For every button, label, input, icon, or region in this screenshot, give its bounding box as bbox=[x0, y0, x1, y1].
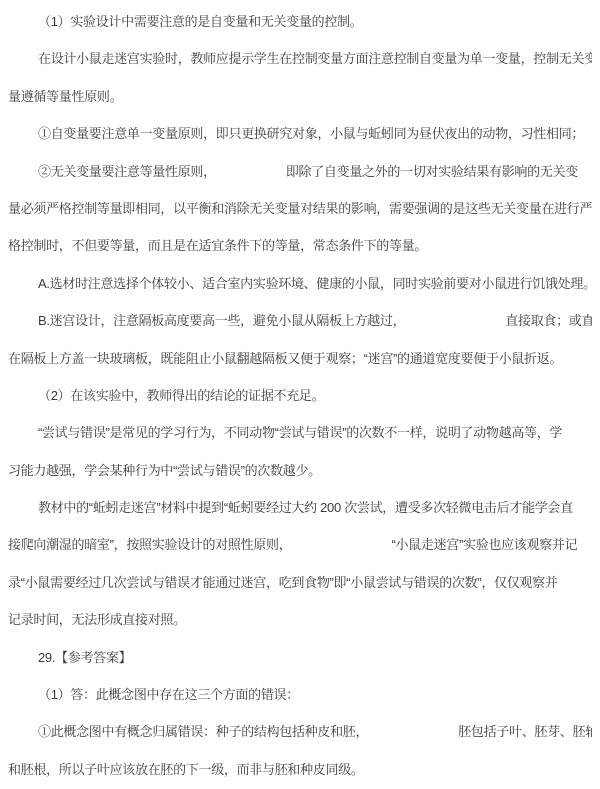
text-line: 29.【参考答案】 bbox=[8, 639, 592, 676]
text-line: “尝试与错误”是常见的学习行为，不同动物“尝试与错误”的次数不一样，说明了动物越… bbox=[8, 414, 592, 451]
text-line: ①此概念图中有概念归属错误：种子的结构包括种皮和胚，胚包括子叶、胚芽、胚轴 bbox=[8, 713, 592, 750]
text-line: B.迷宫设计，注意隔板高度要高一些，避免小鼠从隔板上方越过，直接取食；或直接 bbox=[8, 302, 592, 339]
blank-gap bbox=[368, 735, 458, 736]
text-segment: 记录时间，无法形成直接对照。 bbox=[8, 612, 186, 627]
document-page: （1）实验设计中需要注意的是自变量和无关变量的控制。在设计小鼠走迷宫实验时，教师… bbox=[0, 0, 600, 789]
text-line: 在设计小鼠走迷宫实验时，教师应提示学生在控制变量方面注意控制自变量为单一变量，控… bbox=[8, 40, 592, 77]
text-segment: （1）实验设计中需要注意的是自变量和无关变量的控制。 bbox=[38, 14, 362, 29]
text-segment: ①此概念图中有概念归属错误：种子的结构包括种皮和胚， bbox=[38, 724, 368, 739]
text-segment: 量必须严格控制等量即相同，以平衡和消除无关变量对结果的影响，需要强调的是这些无关… bbox=[8, 201, 592, 216]
text-segment: “小鼠走迷宫”实验也应该观察并记 bbox=[391, 537, 577, 552]
blank-gap bbox=[291, 548, 391, 549]
text-line: 接爬向潮湿的暗室”，按照实验设计的对照性原则，“小鼠走迷宫”实验也应该观察并记 bbox=[8, 526, 592, 563]
text-line: （2）在该实验中，教师得出的结论的证据不充足。 bbox=[8, 377, 592, 414]
text-segment: 即除了自变量之外的一切对实验结果有影响的无关变 bbox=[286, 164, 578, 179]
text-segment: 胚包括子叶、胚芽、胚轴 bbox=[458, 724, 592, 739]
text-line: 量必须严格控制等量即相同，以平衡和消除无关变量对结果的影响，需要强调的是这些无关… bbox=[8, 190, 592, 227]
text-line: （1）答：此概念图中存在这三个方面的错误： bbox=[8, 676, 592, 713]
text-segment: 习能力越强，学会某种行为中“尝试与错误”的次数越少。 bbox=[8, 463, 321, 478]
text-segment: A.选材时注意选择个体较小、适合室内实验环境、健康的小鼠，同时实验前要对小鼠进行… bbox=[38, 276, 592, 291]
text-segment: 29.【参考答案】 bbox=[38, 650, 131, 665]
text-segment: （1）答：此概念图中存在这三个方面的错误： bbox=[38, 687, 299, 702]
text-segment: 教材中的“蚯蚓走迷宫”材料中提到“蚯蚓要经过大约 200 次尝试，遭受多次轻微电… bbox=[38, 500, 573, 515]
text-line: A.选材时注意选择个体较小、适合室内实验环境、健康的小鼠，同时实验前要对小鼠进行… bbox=[8, 265, 592, 302]
text-segment: B.迷宫设计，注意隔板高度要高一些，避免小鼠从隔板上方越过， bbox=[38, 313, 405, 328]
text-line: ②无关变量要注意等量性原则，即除了自变量之外的一切对实验结果有影响的无关变 bbox=[8, 153, 592, 190]
text-line: ①自变量要注意单一变量原则，即只更换研究对象，小鼠与蚯蚓同为昼伏夜出的动物，习性… bbox=[8, 115, 592, 152]
text-line: 量遵循等量性原则。 bbox=[8, 78, 592, 115]
text-segment: ②无关变量要注意等量性原则， bbox=[38, 164, 216, 179]
text-segment: 接爬向潮湿的暗室”，按照实验设计的对照性原则， bbox=[8, 537, 291, 552]
text-line: 在隔板上方盖一块玻璃板，既能阻止小鼠翻越隔板又便于观察；“迷宫”的通道宽度要便于… bbox=[8, 340, 592, 377]
text-segment: 格控制时，不但要等量，而且是在适宜条件下的等量，常态条件下的等量。 bbox=[8, 238, 427, 253]
text-segment: ①自变量要注意单一变量原则，即只更换研究对象，小鼠与蚯蚓同为昼伏夜出的动物，习性… bbox=[38, 126, 584, 141]
text-segment: 在隔板上方盖一块玻璃板，既能阻止小鼠翻越隔板又便于观察；“迷宫”的通道宽度要便于… bbox=[8, 351, 562, 366]
text-segment: （2）在该实验中，教师得出的结论的证据不充足。 bbox=[38, 388, 324, 403]
text-segment: 量遵循等量性原则。 bbox=[8, 89, 122, 104]
text-segment: 录“小鼠需要经过几次尝试与错误才能通过迷宫，吃到食物”即“小鼠尝试与错误的次数”… bbox=[8, 575, 558, 590]
text-segment: 直接取食；或直接 bbox=[505, 313, 592, 328]
text-line: 格控制时，不但要等量，而且是在适宜条件下的等量，常态条件下的等量。 bbox=[8, 227, 592, 264]
text-segment: “尝试与错误”是常见的学习行为，不同动物“尝试与错误”的次数不一样，说明了动物越… bbox=[38, 425, 562, 440]
text-segment: 和胚根，所以子叶应该放在胚的下一级，而非与胚和种皮同级。 bbox=[8, 762, 364, 777]
text-line: 习能力越强，学会某种行为中“尝试与错误”的次数越少。 bbox=[8, 452, 592, 489]
text-segment: 在设计小鼠走迷宫实验时，教师应提示学生在控制变量方面注意控制自变量为单一变量，控… bbox=[38, 51, 592, 66]
text-line: 教材中的“蚯蚓走迷宫”材料中提到“蚯蚓要经过大约 200 次尝试，遭受多次轻微电… bbox=[8, 489, 592, 526]
text-line: 记录时间，无法形成直接对照。 bbox=[8, 601, 592, 638]
text-line: 录“小鼠需要经过几次尝试与错误才能通过迷宫，吃到食物”即“小鼠尝试与错误的次数”… bbox=[8, 564, 592, 601]
blank-gap bbox=[405, 324, 505, 325]
text-line: （1）实验设计中需要注意的是自变量和无关变量的控制。 bbox=[8, 3, 592, 40]
blank-gap bbox=[216, 175, 286, 176]
text-line: 和胚根，所以子叶应该放在胚的下一级，而非与胚和种皮同级。 bbox=[8, 751, 592, 788]
